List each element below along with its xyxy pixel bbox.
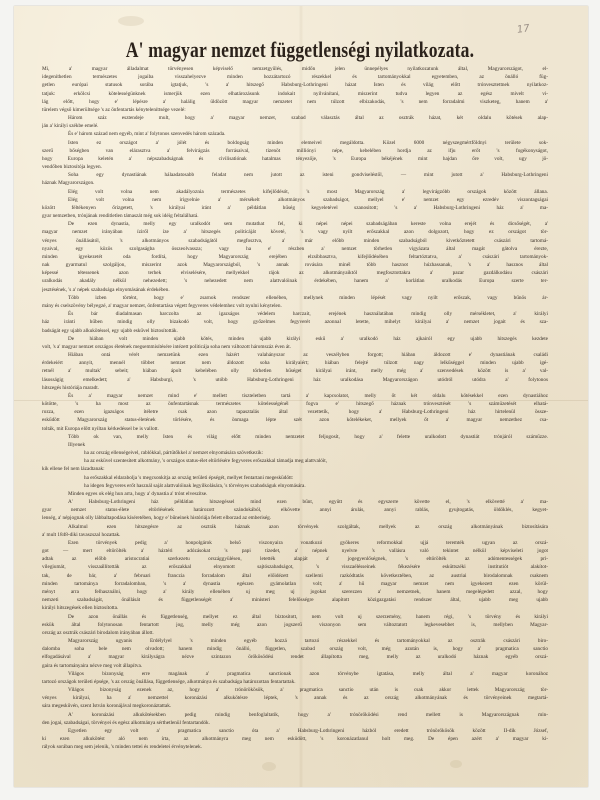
text-line: Elég volt volna nem irigyelnie a' mérsék… bbox=[42, 196, 548, 204]
text-line: között féltékenyen őrizgetett, 's király… bbox=[42, 204, 548, 212]
text-line: kötötte, 's ha most az önfentartásnak te… bbox=[42, 400, 548, 408]
text-line: ján a' királyi székbe emelé. bbox=[42, 122, 548, 130]
text-line: De hiában volt minden ujabb kötés, minde… bbox=[42, 335, 548, 343]
text-line: tolták, mit Europa előtt nyiltan kérkedé… bbox=[42, 425, 548, 433]
document-body: Mi, a' magyar álladalmat törvényesen kép… bbox=[42, 65, 548, 751]
text-line: a' mult 1848-diki tavaszszal hozattak. bbox=[42, 531, 548, 539]
text-line: nak gyarmatul szolgáljon, miszerint azok… bbox=[42, 261, 548, 269]
text-line: A' koronázási alkukötésekben pedig mindi… bbox=[42, 711, 548, 719]
text-line: Több izben történt, hogy e' zsarnok rend… bbox=[42, 294, 548, 302]
text-line: Világos bizonyság erre magának a' pragma… bbox=[42, 670, 548, 678]
text-line: Hiában ontá vérét nemzetünk ezen házért … bbox=[42, 351, 548, 359]
page-number: 17 bbox=[516, 23, 530, 36]
text-line: Illyenek bbox=[42, 441, 548, 449]
text-line: Magyarország ugyanis Erdélylyel 's minde… bbox=[42, 637, 548, 645]
text-line: got — mert eltörölték a' háztéri adózáso… bbox=[42, 547, 548, 555]
text-line: vényes önállásától, 's alkotmányos szaba… bbox=[42, 237, 548, 245]
text-line: magyar nemzet irányában íziről íze a' hi… bbox=[42, 228, 548, 236]
text-line: ha idegen fegyveres erőt használ saját a… bbox=[42, 482, 548, 490]
text-line: tatjuk: erkölcsi kötelességünknek ismerj… bbox=[42, 90, 548, 98]
text-line: getlen európai statusok sorába igtatjuk,… bbox=[42, 81, 548, 89]
text-line: minden igyekezetét oda fordítá, hogy Mag… bbox=[42, 253, 548, 261]
text-line: lág előtt, hogy e' lépésre a' halálig ül… bbox=[42, 98, 548, 106]
text-line: türelem végső kimerültsége 's az önfenta… bbox=[42, 106, 548, 114]
text-line: eskük által folytonosan fentartott jog, … bbox=[42, 621, 548, 629]
text-line: Elég volt volna nem akadályoznia termész… bbox=[42, 188, 548, 196]
text-line: érdekeiért annyit, mennél többet nemzet … bbox=[42, 359, 548, 367]
text-line: den jogai, szabadságai, törvényei és egé… bbox=[42, 719, 548, 727]
text-line: És bár diadalmasan harczolta az igazságo… bbox=[42, 310, 548, 318]
text-line: ha az esküvel szentesített alkotmány, 's… bbox=[42, 457, 548, 465]
text-line: képessé tétessenek azon terhek elviselés… bbox=[42, 269, 548, 277]
text-line: ki ezen alkukötést aló nem írta, az alko… bbox=[42, 735, 548, 743]
text-line: dalomba soha bele nem olvadott; hanem mi… bbox=[42, 645, 548, 653]
paper-stain bbox=[450, 760, 462, 768]
text-line: vilegiumát, visszaállították az erőszakk… bbox=[42, 563, 548, 571]
text-line: vendőben biztosítója legyen. bbox=[42, 163, 548, 171]
text-line: Isten ez országot a' jólét és boldogság … bbox=[42, 139, 548, 147]
text-line: sára megeskűvén, szent István koronájáva… bbox=[42, 702, 548, 710]
text-line: királyi hitszegések ellen biztosította. bbox=[42, 604, 548, 612]
text-line: idegeníthetlen természetes jogaiba vissz… bbox=[42, 73, 548, 81]
text-line: hitszegés históriája maradt. bbox=[42, 384, 548, 392]
text-line: eskűdött Magyarország status-életének tö… bbox=[42, 416, 548, 424]
text-line: Egyetlen egy volt a' pragmatica sanctio … bbox=[42, 727, 548, 735]
text-line: mány és cselszövény bélyegzé, a' magyar … bbox=[42, 302, 548, 310]
text-line: ha az ország ellenségeivel, rablókkal, p… bbox=[42, 449, 548, 457]
text-line: Három száz esztendeje mult, hogy a' magy… bbox=[42, 114, 548, 122]
text-line: háznak Magyarországon. bbox=[42, 179, 548, 187]
text-line: Alkalmul ezen hitszegésre az osztrák ház… bbox=[42, 523, 548, 531]
text-line: jesztésének, 's a' népek szabadsága elny… bbox=[42, 286, 548, 294]
text-line: tartozó országok területi épsége, 's az … bbox=[42, 678, 548, 686]
text-line: retnél a' multak' sebeit; hiában ápolt k… bbox=[42, 367, 548, 375]
text-line: És a' magyar nemzet mind e' mellett tisz… bbox=[42, 392, 548, 400]
paper-stain bbox=[262, 762, 276, 771]
text-line: Több ok van, melly Isten és világ előtt … bbox=[42, 433, 548, 441]
text-line: lenség, a' népjognak olly lábbaltapodása… bbox=[42, 514, 548, 522]
text-line: gyar nemzet status-élete eltörlésének ha… bbox=[42, 506, 548, 514]
text-line: gyar nemzetben, trónjának renditletlen t… bbox=[42, 212, 548, 220]
text-line: adtak az előbb aristocratiai szerkezetu … bbox=[42, 555, 548, 563]
text-line: ház iránti hűben mindig olly bizakodó vo… bbox=[42, 318, 548, 326]
paper-stain bbox=[118, 16, 144, 26]
text-line: nemzeti szabadságát, önállását és függet… bbox=[42, 596, 548, 604]
text-line: uralkodás akadály nélkül nehezedett; 's … bbox=[42, 277, 548, 285]
document-title: A' magyar nemzet függetlenségi nyilatkoz… bbox=[60, 37, 540, 63]
text-line: De azon önállás és függetlenség, mellyet… bbox=[42, 613, 548, 621]
text-line: ország az osztrák császári birodalom irá… bbox=[42, 629, 548, 637]
text-line: És e' három század nem egyéb, mint a' fo… bbox=[42, 130, 548, 138]
text-line: rozza, ezen igazságos ítéletre csak azon… bbox=[42, 408, 548, 416]
text-line: A' Habsburg-Lothringeni ház példátlan hi… bbox=[42, 498, 548, 506]
text-line: szerű bőségben van elárasztva a' felvirá… bbox=[42, 147, 548, 155]
text-line: kik ellene fel nem lázadtanak: bbox=[42, 465, 548, 473]
text-line: ményt arra felhasználni, hogy a' király … bbox=[42, 588, 548, 596]
text-line: Minden egyes ok elég hun arra, hogy a' d… bbox=[42, 490, 548, 498]
text-line: elfogadásával a' magyar királyságra nézv… bbox=[42, 653, 548, 661]
text-line: Soha egy dynastiának hálaadatosabb felad… bbox=[42, 171, 548, 179]
text-line: tak, de bár, a' februari franczia forrad… bbox=[42, 572, 548, 580]
text-line: minden tartománya forradalomban, 's a' d… bbox=[42, 580, 548, 588]
text-line: De ezen dynastia, melly egy uralkodót se… bbox=[42, 220, 548, 228]
text-line: gaira és tartományaira nézve meg volt ál… bbox=[42, 662, 548, 670]
text-line: Világos bizonyság ezenek az, hogy a' tró… bbox=[42, 686, 548, 694]
text-line: ha erőszakkal eldarabolja 's megcsonkítj… bbox=[42, 474, 548, 482]
text-line: badságát egy ujabb alkukötéssel, egy uja… bbox=[42, 327, 548, 335]
text-line: vényes királyai, ha a' nemzettel koronáz… bbox=[42, 694, 548, 702]
text-line: Mi, a' magyar álladalmat törvényesen kép… bbox=[42, 65, 548, 73]
text-line: Ezen törvények pedig a' honpolgárok bels… bbox=[42, 539, 548, 547]
text-line: lásosságig emelkedett; a' Habsburgi, 's … bbox=[42, 376, 548, 384]
text-line: nyaival, egy közös szolgaságba összeolva… bbox=[42, 245, 548, 253]
text-line: rályok sorában meg sem jelenik, 's minde… bbox=[42, 743, 548, 751]
text-line: hogy Europa keletén a' népszabadságnak é… bbox=[42, 155, 548, 163]
text-line: volt, 's a' magyar nemzet országos életé… bbox=[42, 343, 548, 351]
